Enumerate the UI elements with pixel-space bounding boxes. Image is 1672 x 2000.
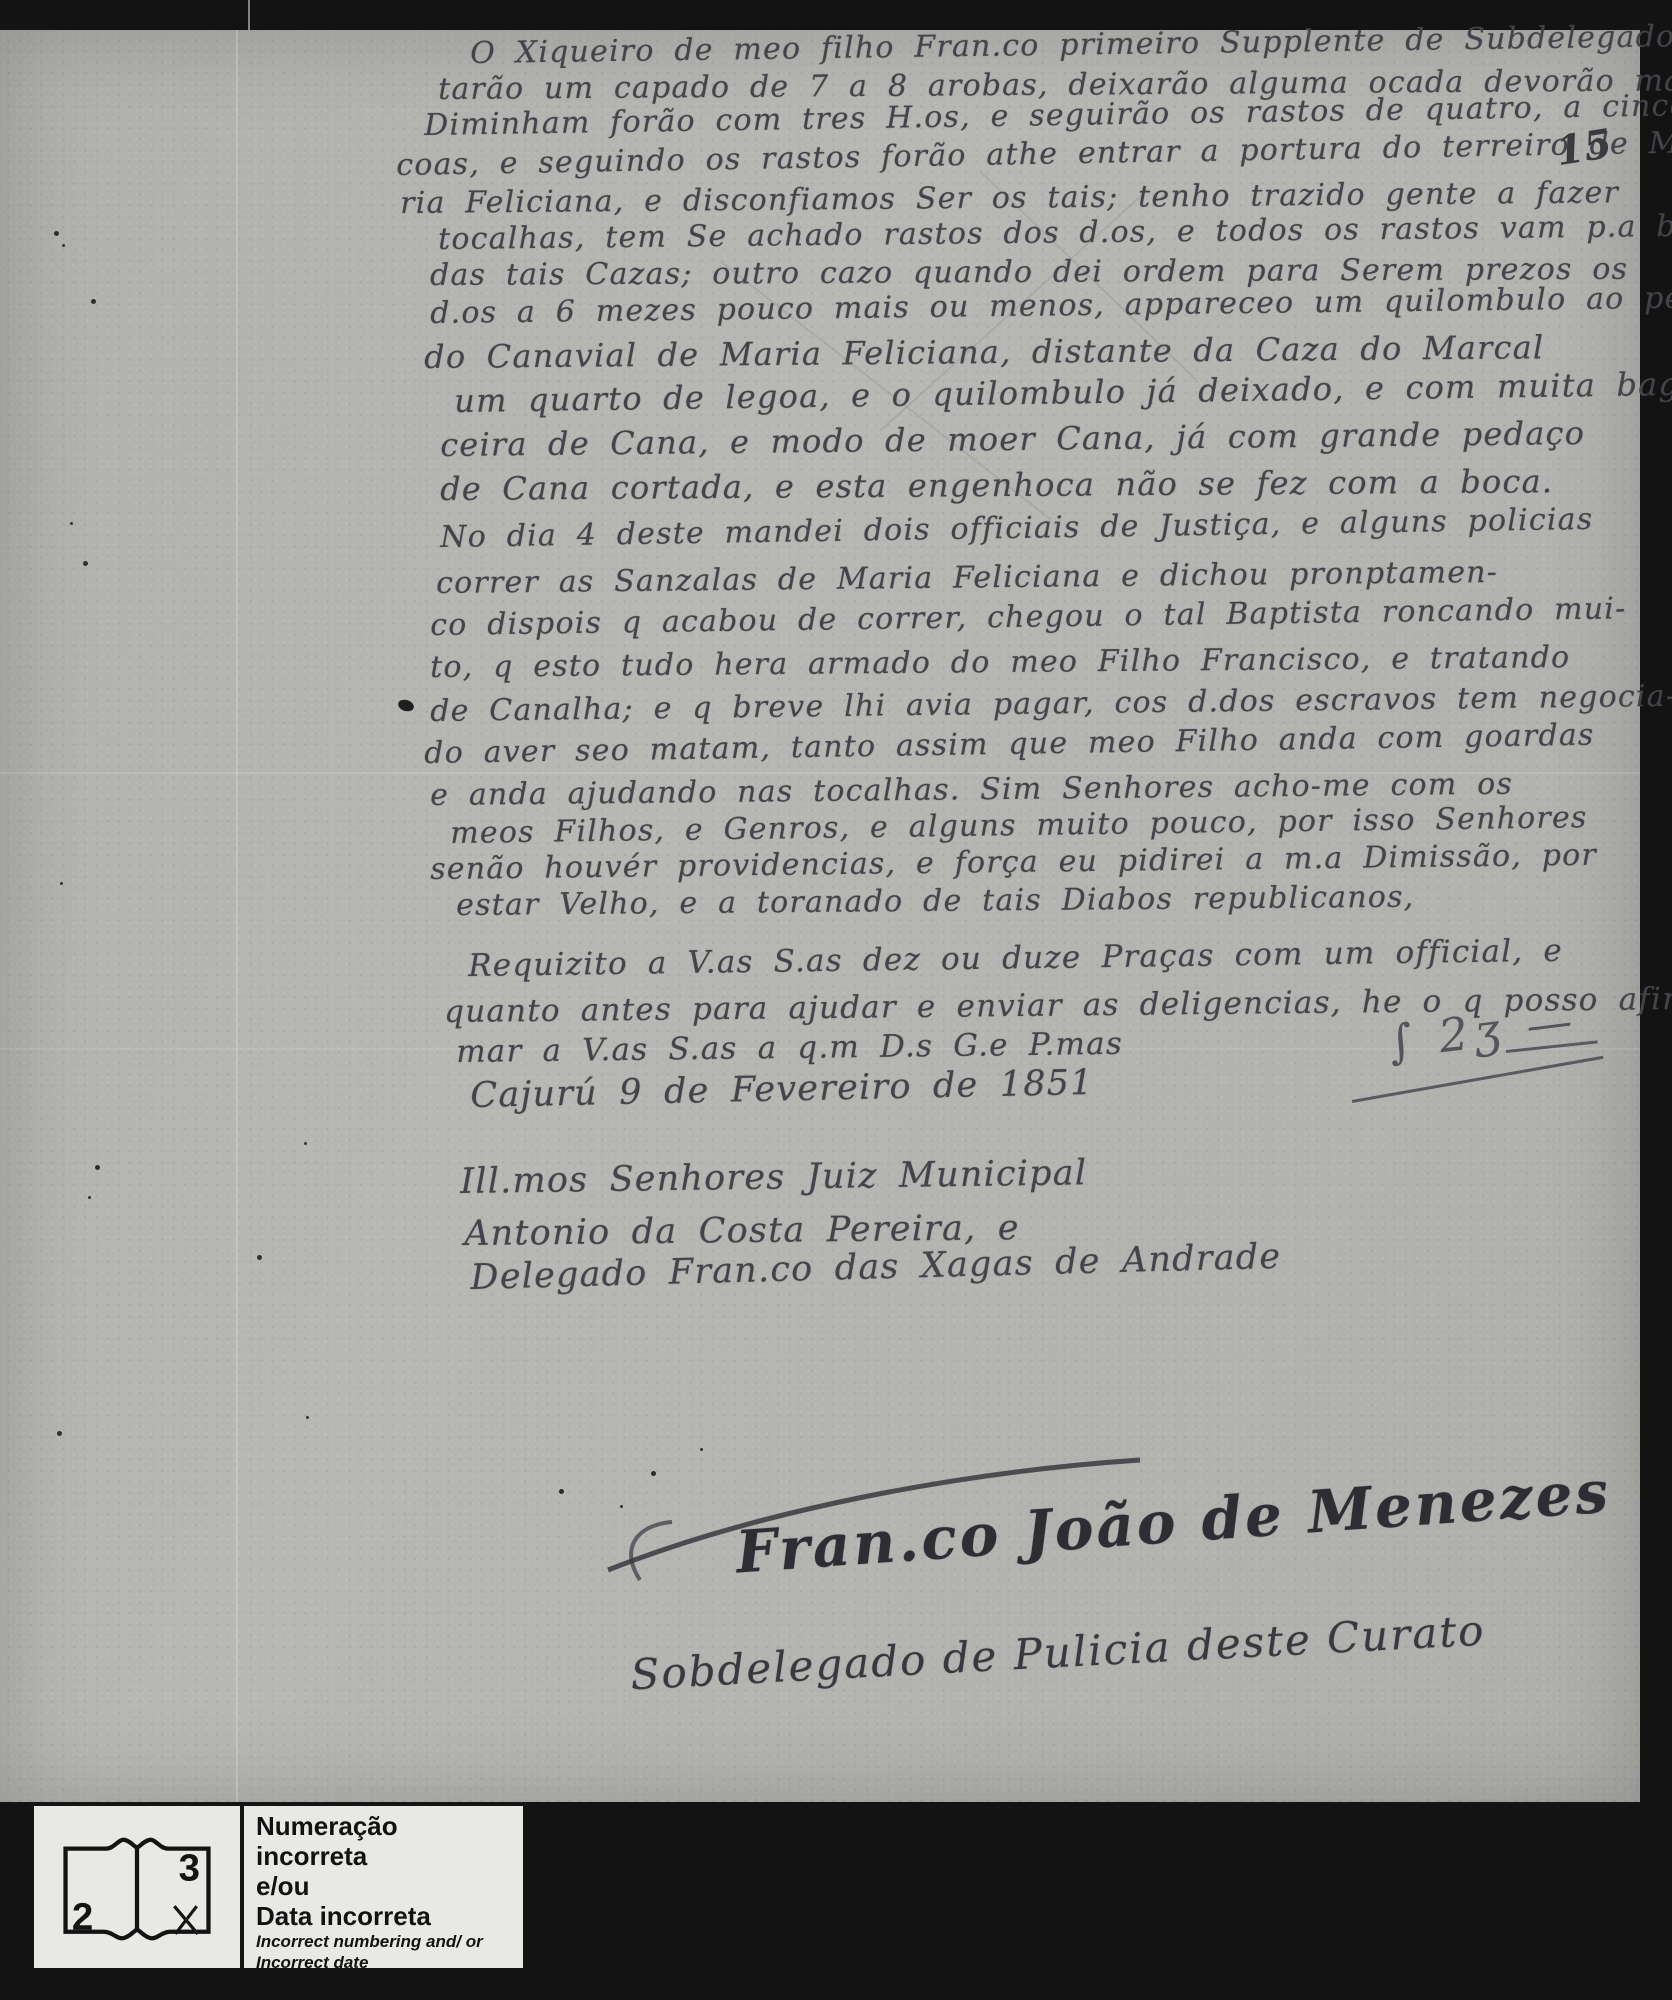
book-left-page-number: 2 (72, 1896, 93, 1939)
annotation-title-pt: Numeração incorreta (256, 1811, 513, 1871)
annotation-title-pt: Data incorreta (256, 1901, 513, 1931)
vertical-fold-crease (236, 30, 238, 1802)
manuscript-line: de Cana cortada, e esta engenhoca não se… (440, 462, 1553, 508)
page-number: 15 (1553, 120, 1615, 175)
scan-edge-line (248, 0, 250, 30)
annotation-title-en: Incorrect numbering and/ or (256, 1931, 513, 1952)
book-icon-panel: 2 3 (34, 1806, 244, 1968)
annotation-title-pt: e/ou (256, 1871, 513, 1901)
open-book-icon: 2 3 (57, 1833, 217, 1941)
annotation-code-note: (*) (326, 1980, 343, 1995)
annotation-code: 0079 (*) (256, 1973, 513, 2000)
annotation-text-panel: Numeração incorreta e/ou Data incorreta … (244, 1806, 523, 1968)
book-right-page-number: 3 (179, 1847, 200, 1890)
annotation-title-en: Incorrect date (256, 1952, 513, 1973)
scanned-page: O Xiqueiro de meo filho Fran.co primeiro… (0, 0, 1672, 2000)
annotation-sticker: 2 3 Numeração incorreta e/ou Data incorr… (30, 1802, 527, 1972)
annotation-code-number: 0079 (256, 1978, 318, 2000)
ink-specks (0, 0, 3, 3)
